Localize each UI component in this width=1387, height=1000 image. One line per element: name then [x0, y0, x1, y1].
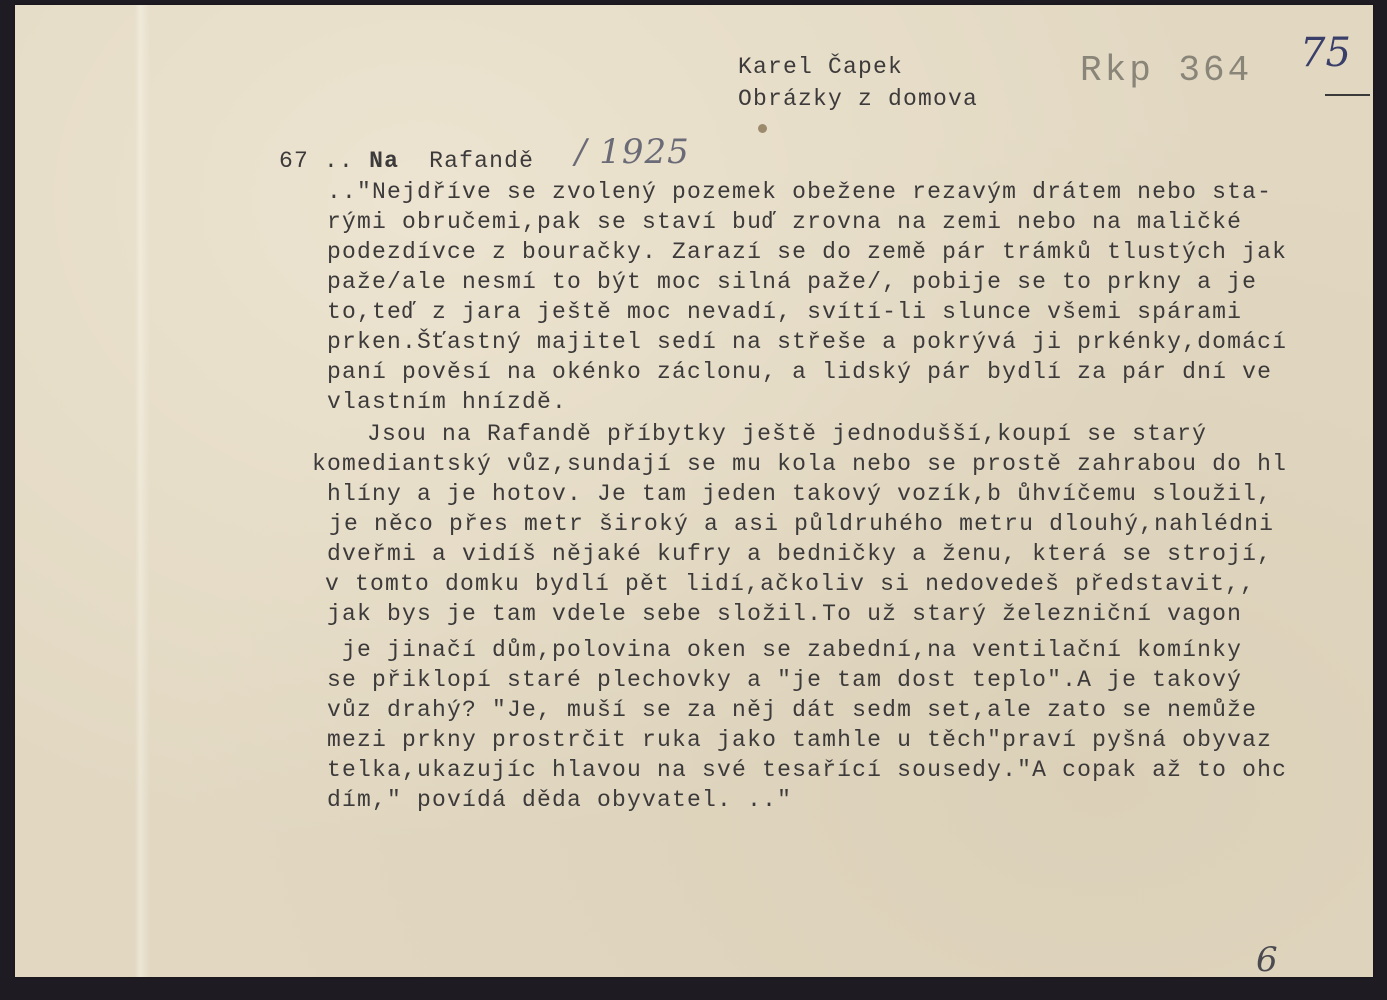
text-line: telka,ukazujíc hlavou na své tesařící so… [327, 755, 1287, 785]
author-name: Karel Čapek [738, 52, 903, 82]
text-line: podezdívce z bouračky. Zarazí se do země… [327, 237, 1287, 267]
text-line: prken.Šťastný majitel sedí na střeše a p… [327, 327, 1287, 357]
ink-dot [758, 124, 767, 133]
text-line: je jinačí dům,polovina oken se zabední,n… [342, 635, 1242, 665]
entry-title-bold: Na [369, 148, 399, 174]
text-line: je něco přes metr široký a asi půldruhéh… [329, 509, 1274, 539]
entry-number: 67 [279, 148, 309, 174]
text-line: .."Nejdříve se zvolený pozemek obežene r… [327, 177, 1272, 207]
margin-dash [1325, 94, 1370, 96]
entry-title: Rafandě [429, 148, 534, 174]
text-line: komediantský vůz,sundají se mu kola nebo… [312, 449, 1287, 479]
text-line: dím," povídá děda obyvatel. .." [327, 785, 792, 815]
folio-number: 75 [1300, 30, 1351, 76]
text-line: dveřmi a vidíš nějaké kufry a bedničky a… [327, 539, 1272, 569]
text-line: v tomto domku bydlí pět lidí,ačkoliv si … [325, 569, 1255, 599]
text-line: vlastním hnízdě. [327, 387, 567, 417]
collection-title: Obrázky z domova [738, 84, 978, 114]
shelfmark-stamp: Rkp 364 [1080, 50, 1252, 91]
text-line: paní pověsí na okénko záclonu, a lidský … [327, 357, 1272, 387]
text-line: to,teď z jara ještě moc nevadí, svítí-li… [327, 297, 1242, 327]
text-line: vůz drahý? "Je, muší se za něj dát sedm … [327, 695, 1257, 725]
text-line: se přiklopí staré plechovky a "je tam do… [327, 665, 1242, 695]
text-line: mezi prkny prostrčit ruka jako tamhle u … [327, 725, 1272, 755]
text-line: jak bys je tam vdele sebe složil.To už s… [327, 599, 1242, 629]
text-line: paže/ale nesmí to být moc silná paže/, p… [327, 267, 1257, 297]
entry-heading: 67 .. Na Rafandě [279, 146, 534, 176]
text-line: rými obručemi,pak se staví buď zrovna na… [327, 207, 1242, 237]
text-line: hlíny a je hotov. Je tam jeden takový vo… [327, 479, 1272, 509]
text-line: Jsou na Rafandě příbytky ještě jednodušš… [337, 419, 1207, 449]
page-number: 6 [1256, 940, 1278, 980]
pencil-year-note: / 1925 [575, 132, 690, 172]
entry-title-prefix: .. [324, 148, 354, 174]
